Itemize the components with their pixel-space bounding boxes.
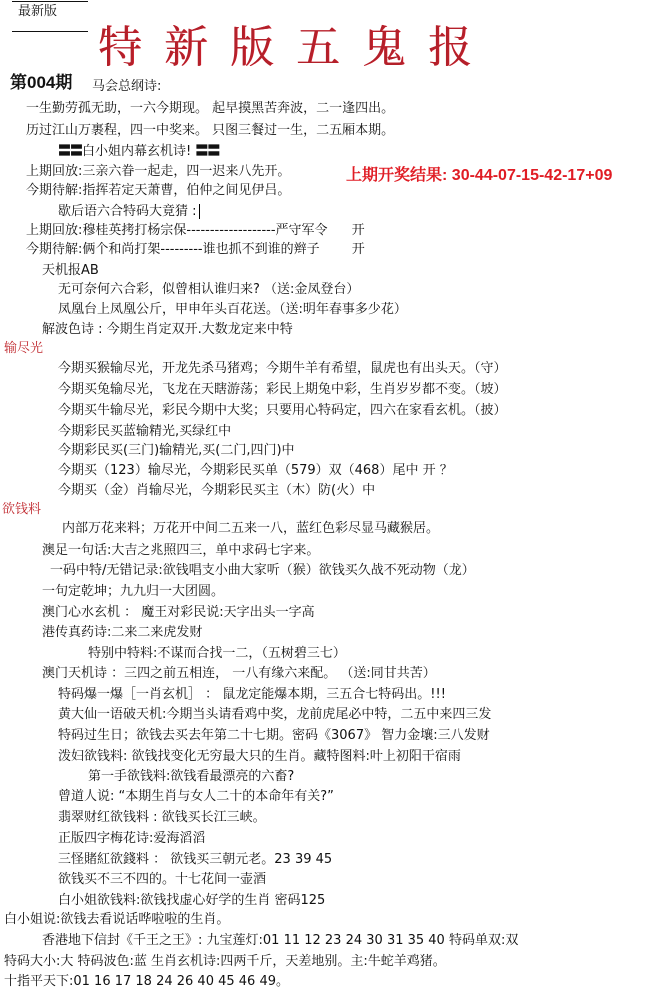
- money-line: 港传真药诗:二来二来虎发财: [42, 624, 202, 642]
- lose-line: 今期买猴输尽光，开龙先杀马猪鸡；今期牛羊有希望，鼠虎也有出头天。（守）: [58, 360, 507, 378]
- last-result-numbers: 30-44-07-15-42-17+09: [452, 167, 613, 184]
- text-cursor: [199, 204, 200, 219]
- lose-line: 今期彩民买(三门)输精光,买(二门,四门)中: [58, 442, 295, 460]
- money-line: 翡翠财红欲钱料 : 欲钱买长江三峡。: [58, 809, 266, 827]
- review-label: 上期回放:: [26, 164, 82, 179]
- money-line: 白小姐欲钱料:欲钱找虚心好学的生肖 密码125: [58, 892, 325, 910]
- bar-right-icon: 〓〓: [195, 144, 219, 159]
- money-line: 一句定乾坤；九九归一大团圆。: [42, 583, 224, 601]
- riddle-line-tail: 开: [352, 242, 365, 257]
- riddle-line: 上期回放:穆桂英拷打杨宗保-------------------严守军令 开: [26, 222, 365, 240]
- review-line: 上期回放:三亲六眷一起走，四一迟来八先开。: [26, 163, 290, 181]
- tianji-line: 凤凰台上凤凰公斤，甲申年头百花送。（送:明年春事多少花）: [58, 301, 407, 319]
- money-line: 特码过生日；欲钱去买去年第二十七期。密码《3067》 智力金壤:三八发财: [58, 727, 490, 745]
- lose-line: 今期买兔输尽光，飞龙在天瞎游荡；彩民上期兔中彩，生肖岁岁都不变。（坡）: [58, 381, 507, 399]
- last-result: 上期开奖结果: 30-44-07-15-42-17+09: [346, 167, 612, 185]
- money-line: 三怪賭紅欲錢料 ： 欲钱买三朝元老。23 39 45: [58, 851, 332, 869]
- money-line: 特码大小:大 特码波色:蓝 生肖玄机诗:四两千斤，天差地别。主:牛蛇羊鸡猪。: [4, 953, 446, 971]
- money-line: 欲钱买不三不四的。十七花间一壶酒: [58, 871, 266, 889]
- poem-line: 历过江山万裹程，四一中奖来。 只图三餐过一生，二五厢本期。: [26, 122, 394, 140]
- review-text: 指挥若定天萧曹，伯仲之间见伊吕。: [82, 183, 290, 198]
- money-line: 特码爆一爆［一肖玄机］ ： 鼠龙定能爆本期，三五合七特码出。!!!: [58, 686, 446, 704]
- riddle-line-text: 俩个和尚打架---------谁也抓不到谁的辫子: [82, 242, 319, 257]
- issue-subtitle: 马会总纲诗:: [92, 78, 161, 96]
- bar-left-icon: 〓〓: [58, 144, 82, 159]
- money-line: 澳足一句话:大吉之兆照四三，单中求码七字来。: [42, 542, 319, 560]
- money-line: 内部万花来料；万花开中间二五来一八，蓝红色彩尽显马藏猴居。: [62, 520, 439, 538]
- tianji-label: 天机报AB: [42, 262, 99, 280]
- money-line: 一码中特/无错记录:欲钱唱支小曲大家听（猴）欲钱买久战不死动物（龙）: [50, 562, 475, 580]
- riddle-heading: 歇后语六合特码大竟猜 :: [58, 203, 200, 221]
- review-text: 三亲六眷一起走，四一迟来八先开。: [82, 164, 290, 179]
- riddle-line-text: 穆桂英拷打杨宗保-------------------严守军令: [82, 223, 327, 238]
- riddle-line: 今期待解:俩个和尚打架---------谁也抓不到谁的辫子 开: [26, 241, 365, 259]
- lose-line: 今期彩民买蓝输精光,买绿红中: [58, 423, 231, 441]
- money-line: 澳门心水玄机 ： 魔王对彩民说:天字出头一字高: [42, 604, 315, 622]
- money-line: 泼妇欲钱料: 欲钱找变化无穷最大只的生肖。藏特图料:叶上初阳干宿雨: [58, 748, 461, 766]
- secret-poem-heading: 〓〓白小姐内幕玄机诗! 〓〓: [58, 143, 219, 161]
- money-line: 白小姐说:欲钱去看说话哗啦啦的生肖。: [4, 911, 229, 929]
- lose-line: 今期买牛输尽光，彩民今期中大奖；只要用心特码定，四六在家看玄机。（披）: [58, 402, 507, 420]
- section-heading-money: 欲钱料: [2, 501, 41, 519]
- riddle-line-label: 今期待解:: [26, 242, 82, 257]
- lose-line: 今期买（金）肖输尽光，今期彩民买主（木）防(火）中: [58, 482, 375, 500]
- edition-rule: [12, 31, 88, 32]
- review-label: 今期待解:: [26, 183, 82, 198]
- money-line: 第一手欲钱料:欲钱看最漂亮的六畜?: [88, 768, 294, 786]
- money-line: 正版四字梅花诗:爱海滔滔: [58, 830, 205, 848]
- money-line: 澳门天机诗 ：三四之前五相连， 一八有缘六来配。 （送:同甘共苦）: [42, 665, 436, 683]
- top-rule: [12, 1, 88, 2]
- last-result-label: 上期开奖结果:: [346, 167, 447, 184]
- edition-label: 最新版: [18, 3, 57, 21]
- review-line: 今期待解:指挥若定天萧曹，伯仲之间见伊吕。: [26, 182, 290, 200]
- page-title: 特新版五鬼报: [98, 22, 494, 74]
- money-line: 特别中特料:不谋而合找一二，（五树碧三七）: [88, 645, 346, 663]
- riddle-line-label: 上期回放:: [26, 223, 82, 238]
- issue-number: 第004期: [10, 74, 72, 92]
- money-line: 曾道人说: “本期生肖与女人二十的本命年有关?”: [58, 788, 334, 806]
- money-line: 十指平天下:01 16 17 18 24 26 40 45 46 49。: [4, 973, 289, 991]
- secret-poem-label: 白小姐内幕玄机诗!: [82, 144, 191, 159]
- wave-poem: 解波色诗 : 今期生肖定双开.大数龙定来中特: [42, 321, 293, 339]
- lose-line: 今期买（123）输尽光，今期彩民买单（579）双（468）尾中 开 ？: [58, 462, 453, 480]
- money-line: 黄大仙一语破天机:今期当头请看鸡中奖，龙前虎尾必中特，二五中来四三发: [58, 706, 491, 724]
- section-heading-lose: 输尽光: [4, 340, 43, 358]
- riddle-line-tail: 开: [352, 223, 365, 238]
- tianji-line: 无可奈何六合彩，似曾相认谁归来? （送:金凤登台）: [58, 281, 359, 299]
- poem-line: 一生勤劳孤无助，一六今期现。 起早摸黑苦奔波，二一逢四出。: [26, 100, 394, 118]
- riddle-label: 歇后语六合特码大竟猜 :: [58, 204, 197, 219]
- money-line: 香港地下信封《千王之王》: 九宝莲灯:01 11 12 23 24 30 31 …: [42, 932, 518, 950]
